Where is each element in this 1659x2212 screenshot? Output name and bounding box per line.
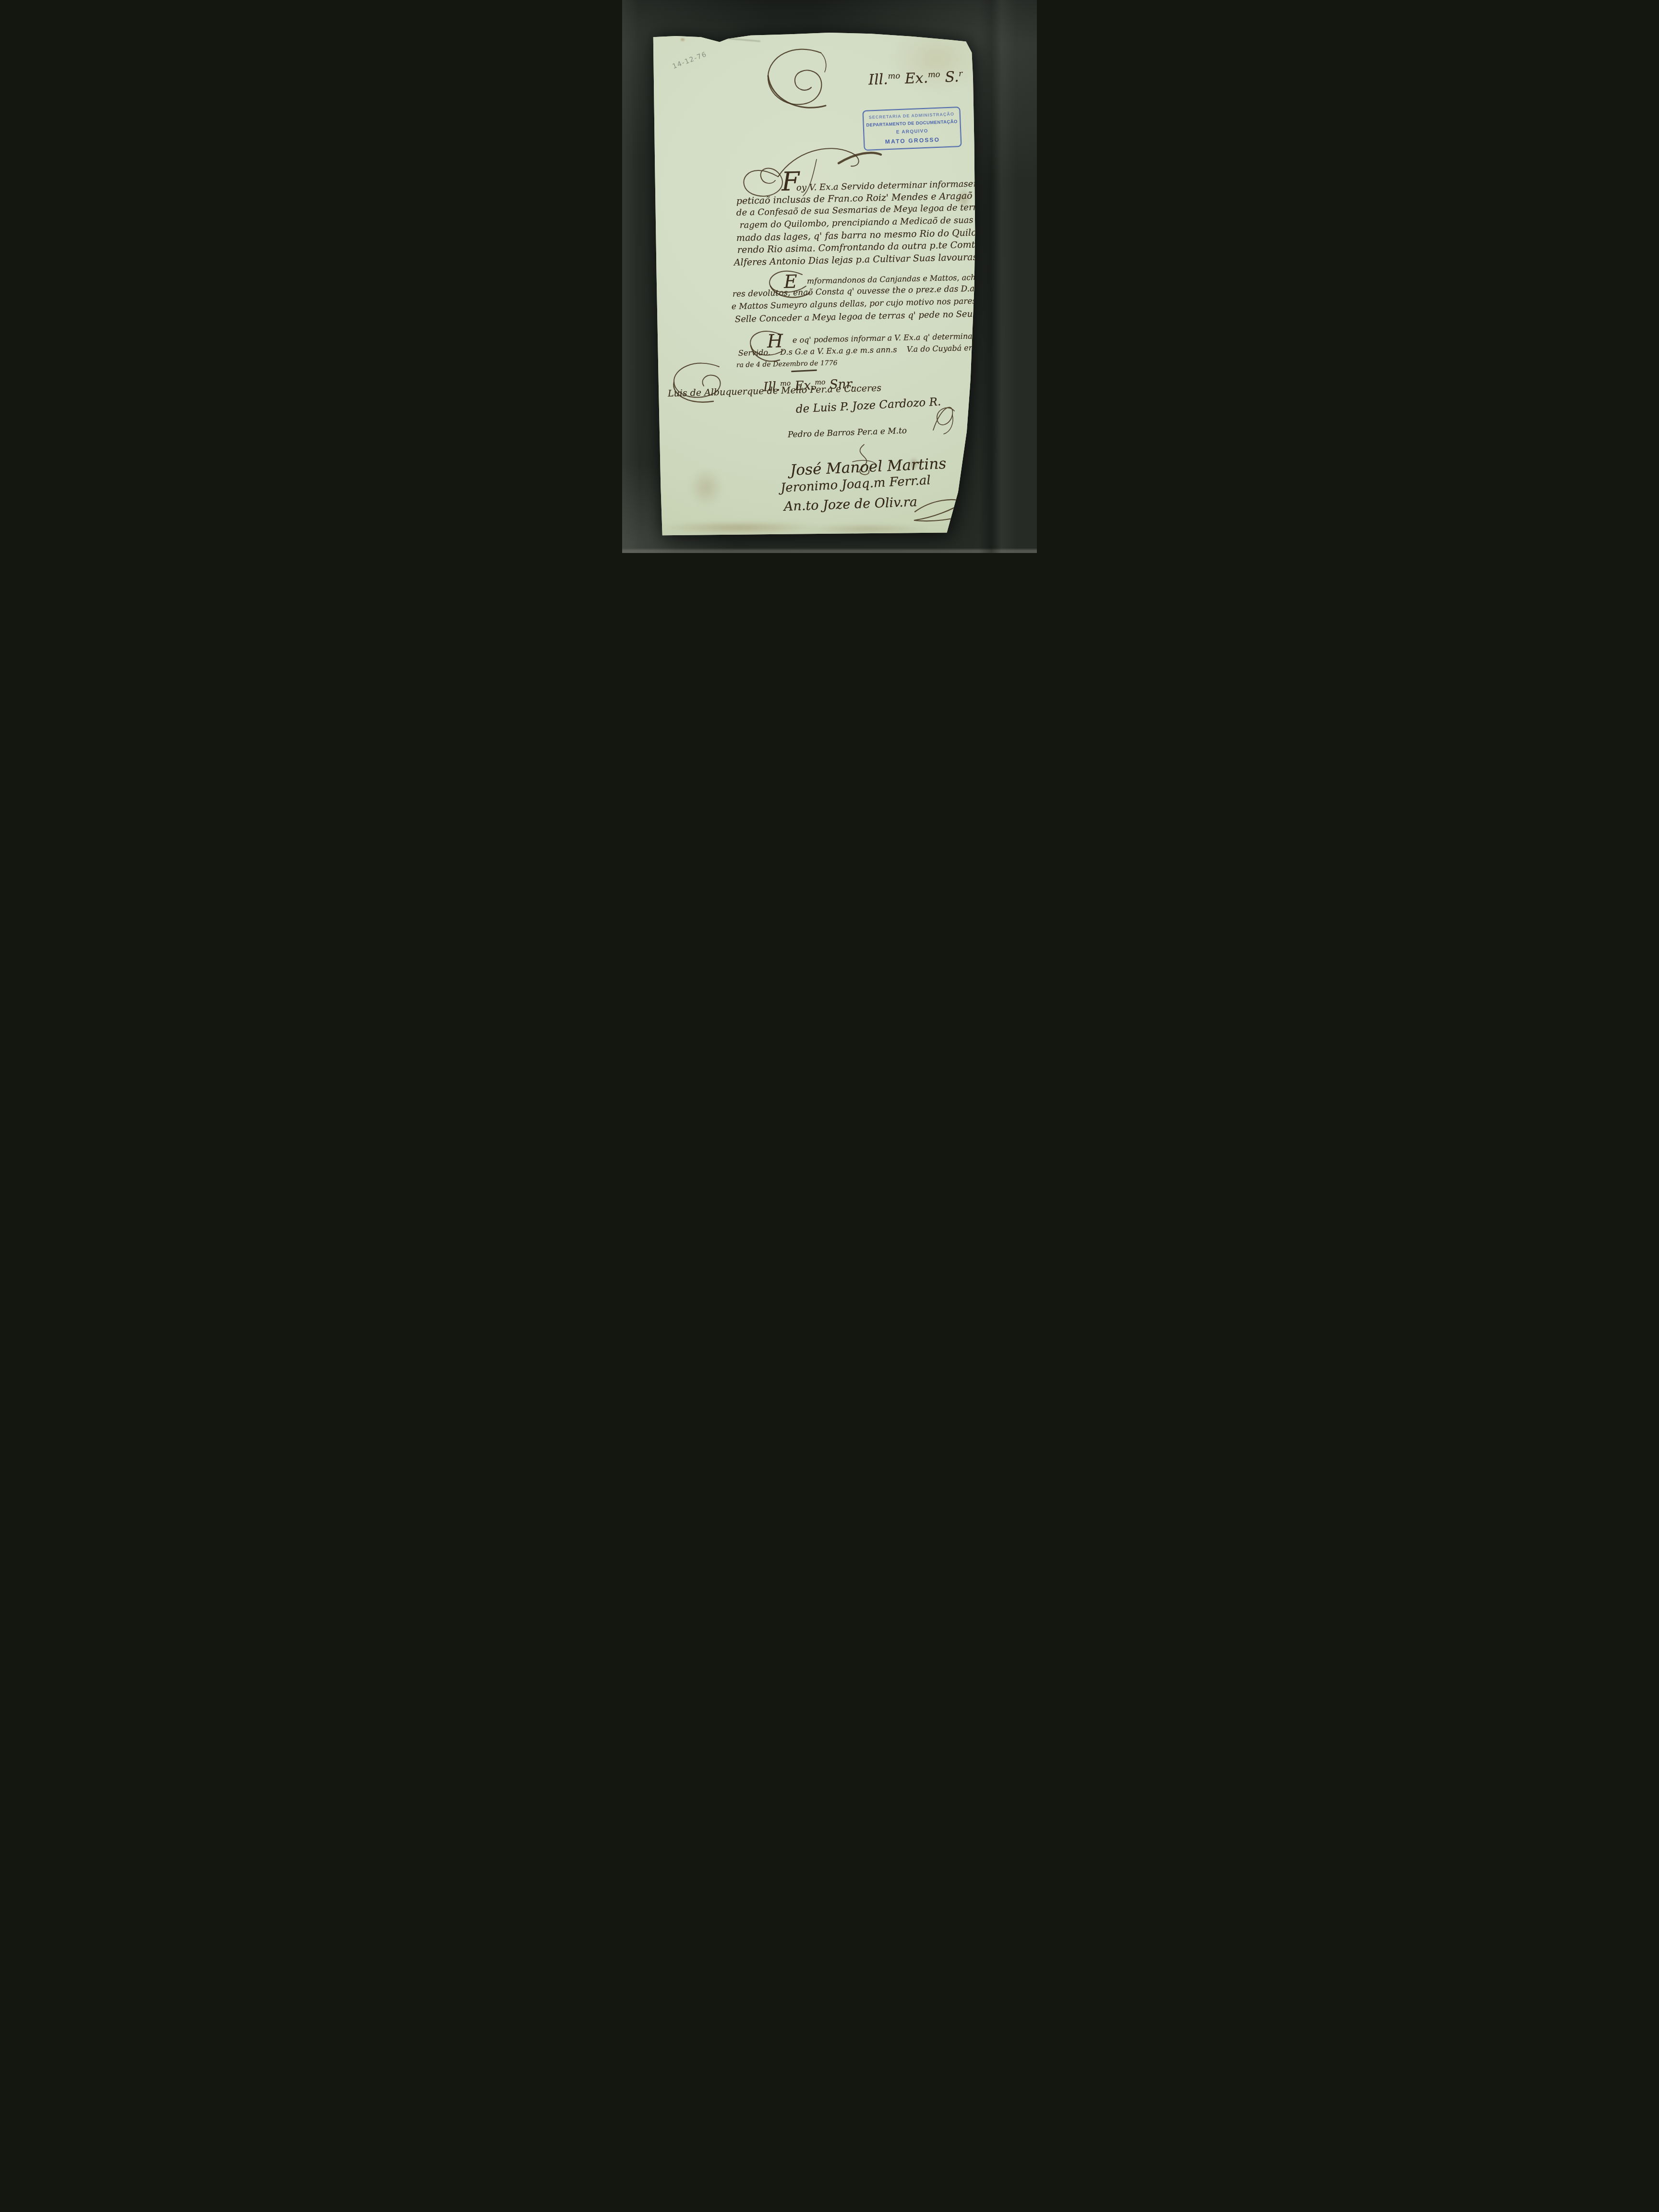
signature-2: Pedro de Barros Per.a e M.to: [788, 426, 907, 440]
salutation-text: Ex.: [900, 70, 928, 87]
letter-line: e oq' podemos informar a V. Ex.a q' dete…: [793, 331, 1009, 345]
paper-crease: [727, 38, 760, 42]
stain-corner-spot: [680, 37, 685, 42]
stamp-line-4: MATO GROSSO: [885, 136, 940, 145]
heading-flourish-ornament-icon: [764, 46, 836, 113]
stamp-line-2: DEPARTAMENTO DE DOCUMENTAÇÃO: [866, 119, 958, 128]
signature-5: An.to Joze de Oliv.ra: [783, 494, 917, 514]
stain-foxing-bottom-left: [689, 468, 723, 506]
salutation-sup: mo: [888, 71, 900, 81]
stain-bottom-edge: [661, 521, 819, 534]
salutation-sup: r: [959, 69, 963, 78]
signature-5-flourish-icon: [910, 495, 968, 528]
salutation-line: Ill.mo Ex.mo S.r: [831, 52, 963, 107]
signature-1-paraph-icon: [929, 398, 957, 436]
salutation-text: Ill.: [868, 71, 889, 88]
stamp-line-3: E ARQUIVO: [896, 129, 928, 135]
salutation-sup: mo: [928, 70, 940, 79]
document-paper: 14-12-76 Ill.mo Ex.mo S.r SECRETARIA DE …: [622, 0, 1037, 553]
letter-line: mformandonos da Canjandas e Mattos, acha…: [807, 272, 1013, 286]
paper-shadow-wrap: 14-12-76 Ill.mo Ex.mo S.r SECRETARIA DE …: [622, 0, 1037, 553]
stamp-line-1: SECRETARIA DE ADMINISTRAÇÃO: [869, 111, 954, 120]
pencil-date-annotation: 14-12-76: [672, 50, 708, 71]
salutation-text: S.: [940, 68, 959, 85]
archive-photo-background: 14-12-76 Ill.mo Ex.mo S.r SECRETARIA DE …: [622, 0, 1037, 553]
